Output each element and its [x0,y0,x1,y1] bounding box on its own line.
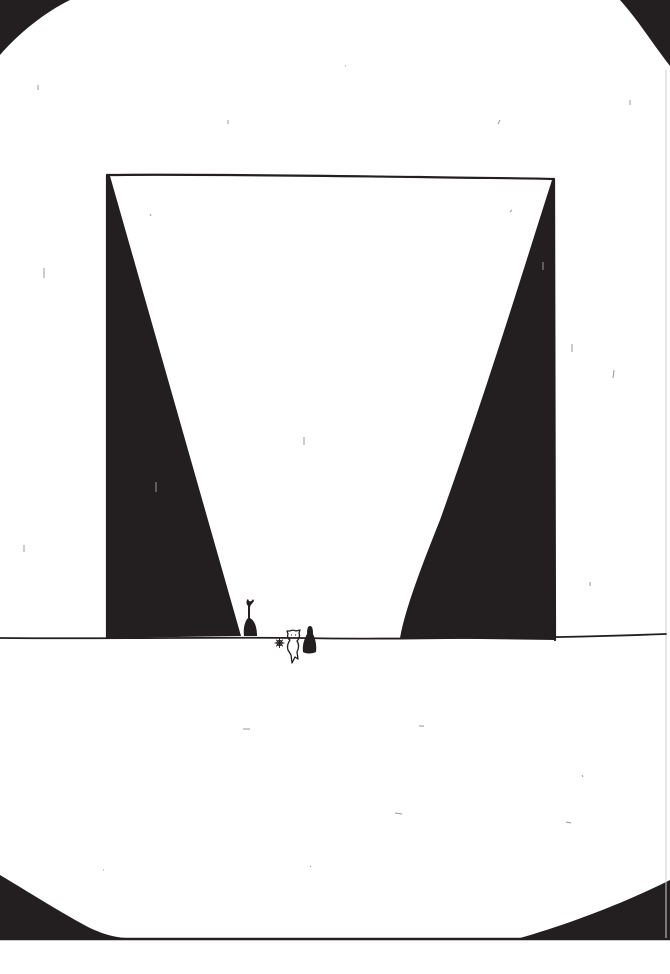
paper-background [0,0,670,974]
comic-panel [0,0,670,974]
tiny-flower [275,639,284,648]
